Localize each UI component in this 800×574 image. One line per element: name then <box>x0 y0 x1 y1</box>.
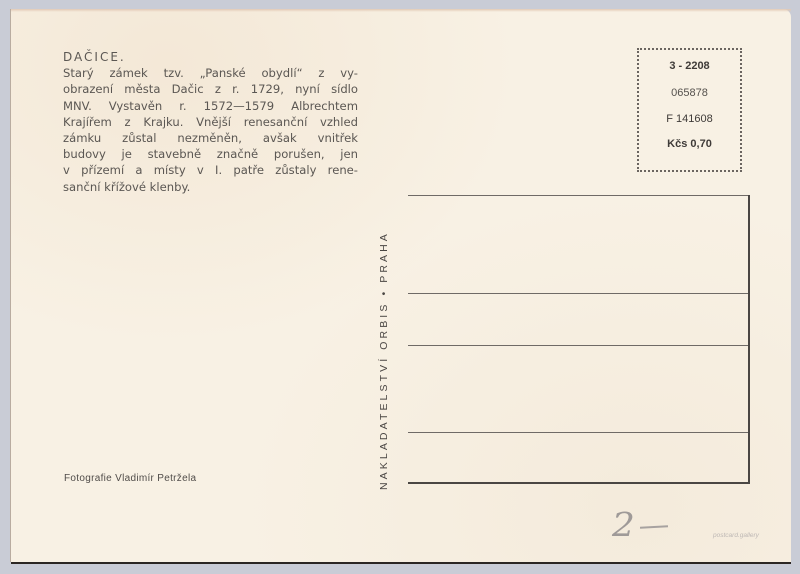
description-line: sanční křížové klenby. <box>63 179 358 195</box>
watermark: postcard.gallery <box>713 532 759 539</box>
description-line: obrazení města Dačic z r. 1729, nyní síd… <box>63 81 358 97</box>
publisher-text: NAKLADATELSTVÍ ORBIS • PRAHA <box>378 200 390 490</box>
stamp-price: Kčs 0,70 <box>639 138 740 150</box>
address-line <box>408 345 749 346</box>
description-line: zámku zůstal nezměněn, avšak vnitřek <box>63 130 358 146</box>
description-title: DAČICE. <box>63 49 358 65</box>
description-line: MNV. Vystavěn r. 1572—1579 Albrechtem <box>63 98 358 114</box>
stamp-box: 3 - 2208 065878 F 141608 Kčs 0,70 <box>637 48 742 172</box>
description-line: v přízemí a místy v I. patře zůstaly ren… <box>63 162 358 178</box>
address-line <box>408 195 749 196</box>
stamp-f-number: F 141608 <box>639 113 740 125</box>
card-edge <box>11 9 791 12</box>
address-line <box>408 293 749 294</box>
stamp-number: 065878 <box>639 87 740 99</box>
stamp-code: 3 - 2208 <box>639 60 740 72</box>
description-text: DAČICE. Starý zámek tzv. „Panské obydlí“… <box>63 49 358 195</box>
address-box-border <box>748 195 750 484</box>
description-line: Starý zámek tzv. „Panské obydlí“ z vy- <box>63 65 358 81</box>
description-line: budovy je stavebně značně porušen, jen <box>63 146 358 162</box>
photo-credit: Fotografie Vladimír Petržela <box>64 473 196 484</box>
address-line <box>408 482 749 484</box>
handwritten-note: 2 <box>612 507 635 544</box>
description-line: Krajířem z Krajku. Vnější renesanční vzh… <box>63 114 358 130</box>
address-line <box>408 432 749 433</box>
